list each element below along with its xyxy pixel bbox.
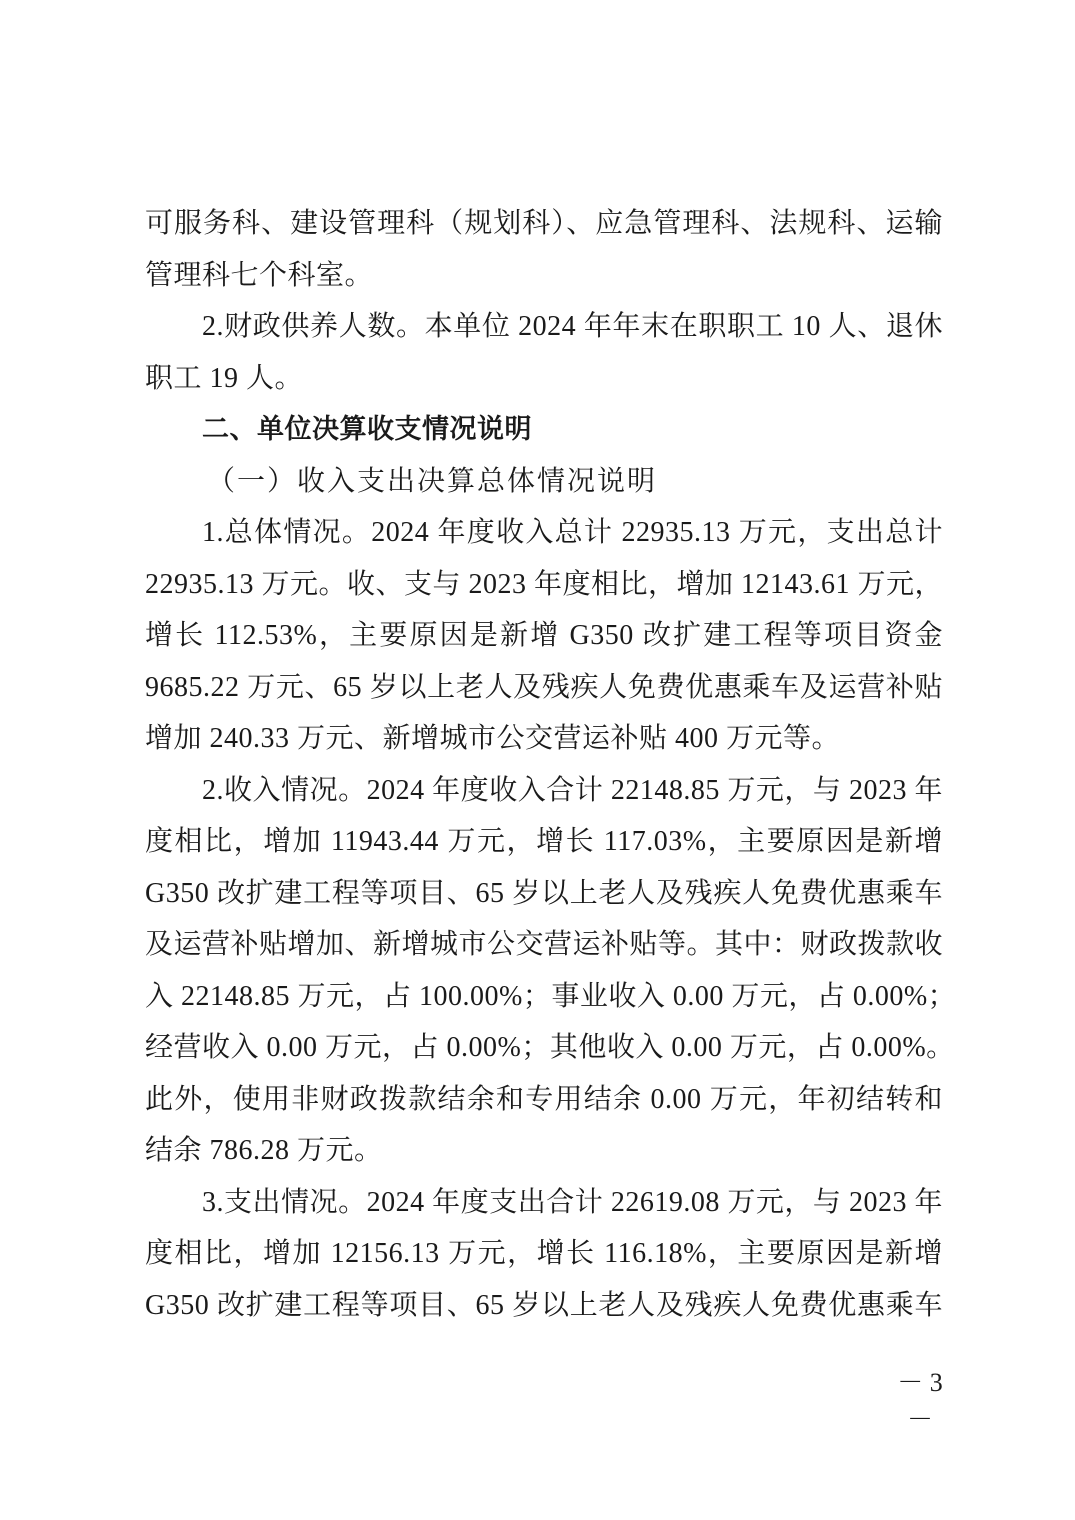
subsection-heading: （一）收入支出决算总体情况说明	[145, 456, 943, 508]
paragraph-line: 9685.22 万元、65 岁以上老人及残疾人免费优惠乘车及运营补贴	[145, 662, 943, 714]
paragraph-line: 增长 112.53%，主要原因是新增 G350 改扩建工程等项目资金	[145, 610, 943, 662]
paragraph-line: 可服务科、建设管理科（规划科）、应急管理科、法规科、运输	[145, 198, 943, 250]
paragraph-line: 入 22148.85 万元，占 100.00%；事业收入 0.00 万元，占 0…	[145, 971, 943, 1023]
paragraph-line: 22935.13 万元。收、支与 2023 年度相比，增加 12143.61 万…	[145, 559, 943, 611]
paragraph-line: 度相比，增加 12156.13 万元，增长 116.18%，主要原因是新增	[145, 1228, 943, 1280]
paragraph-line: 职工 19 人。	[145, 353, 943, 405]
paragraph-line: 管理科七个科室。	[145, 250, 943, 302]
paragraph-line: G350 改扩建工程等项目、65 岁以上老人及残疾人免费优惠乘车	[145, 1280, 943, 1332]
paragraph-income: 2.收入情况。2024 年度收入合计 22148.85 万元，与 2023 年	[145, 765, 943, 817]
document-page: 可服务科、建设管理科（规划科）、应急管理科、法规科、运输 管理科七个科室。 2.…	[0, 0, 1075, 1520]
paragraph-expenditure: 3.支出情况。2024 年度支出合计 22619.08 万元，与 2023 年	[145, 1177, 943, 1229]
paragraph-line: 度相比，增加 11943.44 万元，增长 117.03%，主要原因是新增	[145, 816, 943, 868]
paragraph-overall: 1.总体情况。2024 年度收入总计 22935.13 万元，支出总计	[145, 507, 943, 559]
paragraph-line: 及运营补贴增加、新增城市公交营运补贴等。其中：财政拨款收	[145, 919, 943, 971]
paragraph-line: 结余 786.28 万元。	[145, 1125, 943, 1177]
paragraph-line: 此外，使用非财政拨款结余和专用结余 0.00 万元，年初结转和	[145, 1074, 943, 1126]
paragraph-line: 经营收入 0.00 万元，占 0.00%；其他收入 0.00 万元，占 0.00…	[145, 1022, 943, 1074]
page-body: 可服务科、建设管理科（规划科）、应急管理科、法规科、运输 管理科七个科室。 2.…	[145, 198, 943, 1331]
paragraph-staff-count: 2.财政供养人数。本单位 2024 年年末在职职工 10 人、退休	[145, 301, 943, 353]
page-number: － 3 －	[885, 1362, 955, 1436]
section-heading: 二、单位决算收支情况说明	[145, 404, 943, 456]
paragraph-line: G350 改扩建工程等项目、65 岁以上老人及残疾人免费优惠乘车	[145, 868, 943, 920]
paragraph-line: 增加 240.33 万元、新增城市公交营运补贴 400 万元等。	[145, 713, 943, 765]
